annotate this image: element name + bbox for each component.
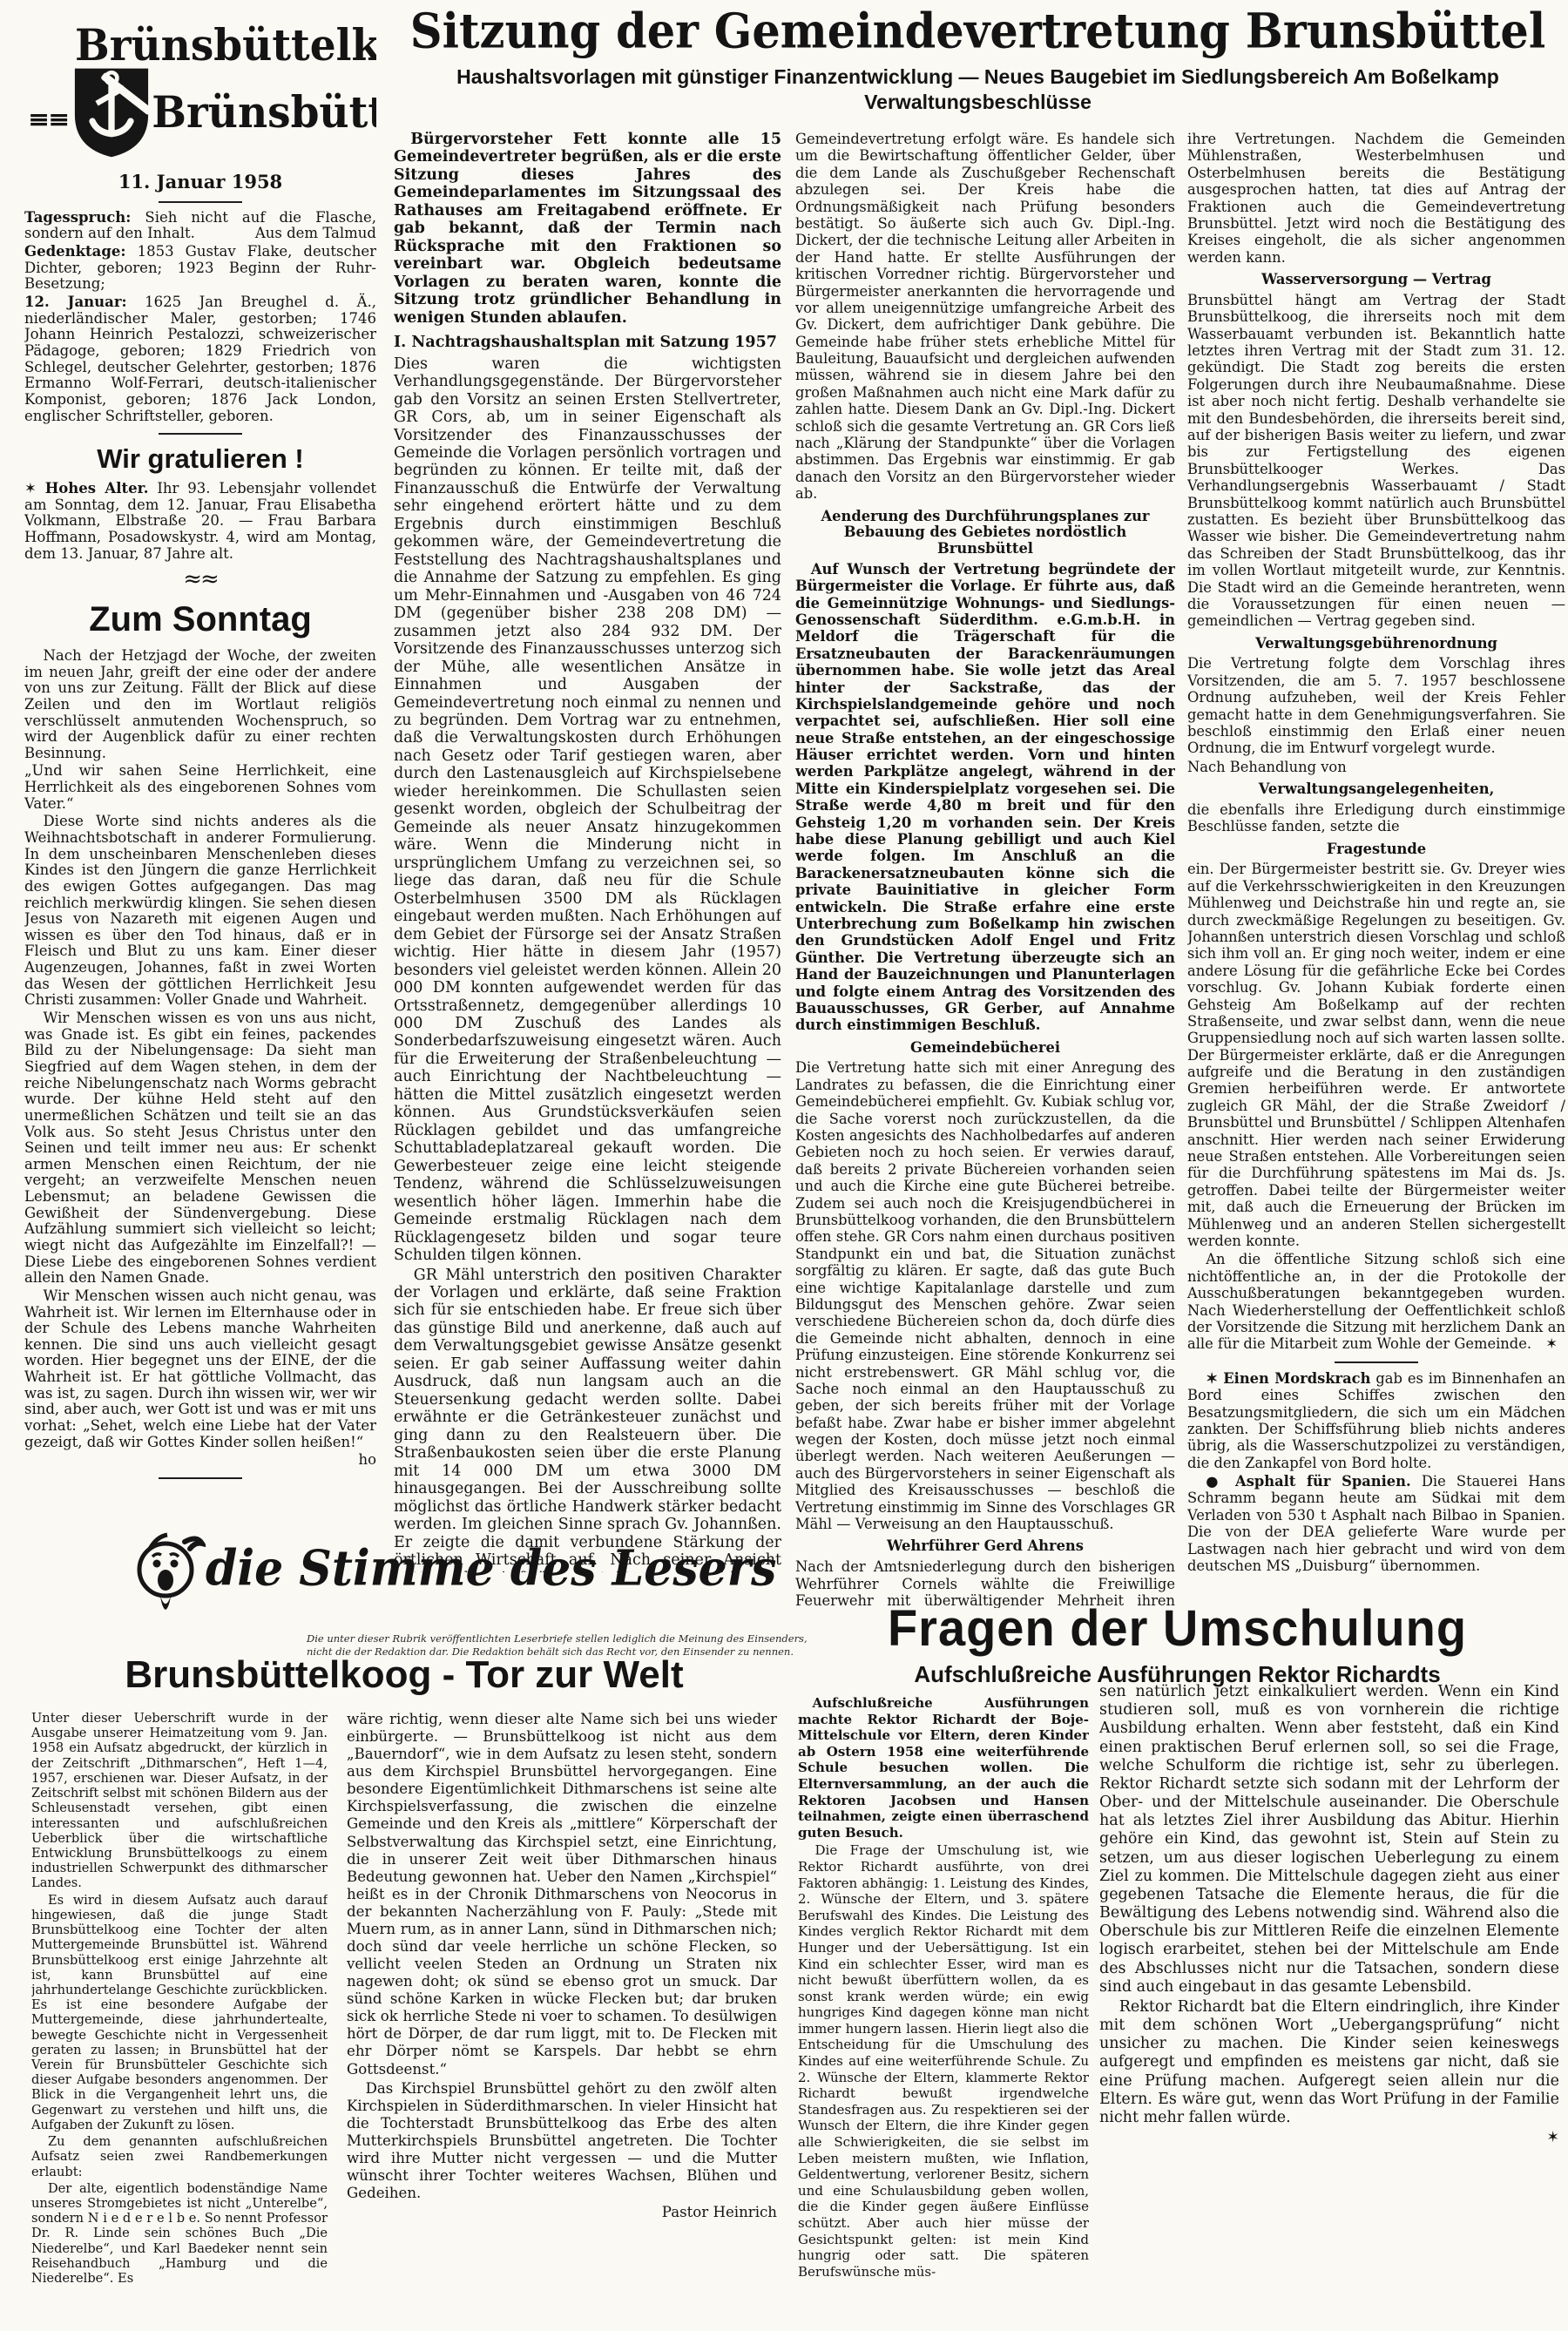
section-rule (159, 1477, 242, 1479)
article-paragraph: Rektor Richardt bat die Eltern eindringl… (1099, 1998, 1559, 2127)
section-rule (159, 433, 242, 435)
tagesspruch-source: Aus dem Talmud (255, 226, 376, 242)
article-paragraph: Es wird in diesem Aufsatz auch darauf hi… (31, 1893, 328, 2133)
gratulieren-item: ✶ Hohes Alter. Ihr 93. Lebensjahr vollen… (24, 481, 376, 562)
main-article-header: Sitzung der Gemeindevertretung Brunsbütt… (388, 0, 1568, 115)
stimme-rubric-header: die Stimme des Lesers (131, 1516, 697, 1620)
article-subheading: Verwaltungsangelegenheiten, (1187, 781, 1565, 798)
article-paragraph: Aufschlußreiche Ausführungen machte Rekt… (798, 1695, 1089, 1841)
gedenktage-label: Gedenktage: (24, 243, 126, 260)
tor-zur-welt-col1: Unter dieser Ueberschrift wurde in der A… (31, 1711, 328, 2324)
newspaper-page: Brünsbüttelkoog ≡≡ Brünsbüttel ≡≡ 11. Ja… (0, 0, 1568, 2331)
town-crest-icon (71, 65, 152, 159)
masthead-column: Brünsbüttelkoog ≡≡ Brünsbüttel ≡≡ 11. Ja… (24, 19, 376, 1500)
main-subhead-line1: Haushaltsvorlagen mit günstiger Finanzen… (388, 64, 1568, 90)
gratulieren-title: Wir gratulieren ! (24, 443, 376, 474)
paragraph-lead: ● Asphalt für Spanien. (1206, 1473, 1410, 1490)
article-paragraph: Wir Menschen wissen es von uns aus nicht… (24, 1010, 376, 1287)
umschulung-col1: Aufschlußreiche Ausführungen machte Rekt… (798, 1695, 1089, 2305)
article-subheading: Fragestunde (1187, 841, 1565, 858)
article-paragraph: ✶ Einen Mordskrach gab es im Binnenhafen… (1187, 1370, 1565, 1471)
sonntag-body: Nach der Hetzjagd der Woche, der zweiten… (24, 648, 376, 1469)
article-paragraph: Zu dem genannten aufschlußreichen Aufsat… (31, 2134, 328, 2179)
jan12-label: 12. Januar: (24, 294, 127, 310)
article-paragraph: Brunsbüttel hängt am Vertrag der Stadt B… (1187, 292, 1565, 630)
issue-date: 11. Januar 1958 (24, 172, 376, 193)
main-subhead-line2: Verwaltungsbeschlüsse (388, 90, 1568, 115)
article-subheading: Verwaltungsgebührenordnung (1187, 636, 1565, 652)
paragraph-lead: ✶ Einen Mordskrach (1206, 1370, 1370, 1387)
article-subheading: Gemeindebücherei (795, 1040, 1175, 1057)
signature: ho (24, 1452, 376, 1469)
article-paragraph: ein. Der Bürgermeister bestritt sie. Gv.… (1187, 861, 1565, 1249)
article-paragraph: Wir Menschen wissen auch nicht genau, wa… (24, 1288, 376, 1450)
main-article-col2: Gemeindevertretung erfolgt wäre. Es hand… (795, 131, 1175, 1608)
article-paragraph: Der alte, eigentlich bodenständige Name … (31, 2181, 328, 2287)
article-paragraph: Nach Behandlung von (1187, 759, 1565, 775)
section-rule (159, 201, 242, 203)
article-paragraph: Dies waren die wichtigsten Verhandlungsg… (394, 355, 781, 1265)
signature: Pastor Heinrich (347, 2204, 777, 2221)
section-rule (1335, 1361, 1418, 1363)
sonntag-title: Zum Sonntag (24, 600, 376, 639)
article-paragraph: ● Asphalt für Spanien. Die Stauerei Hans… (1187, 1473, 1565, 1574)
article-subheading: Wasserversorgung — Vertrag (1187, 272, 1565, 288)
article-paragraph: Die Vertretung folgte dem Vorschlag ihre… (1187, 655, 1565, 756)
masthead-row: ≡≡ Brünsbüttel ≡≡ (24, 65, 376, 159)
gedenktage: Gedenktage: 1853 Gustav Flake, deutscher… (24, 244, 376, 293)
article-paragraph: Unter dieser Ueberschrift wurde in der A… (31, 1711, 328, 1891)
article-paragraph: Die Frage der Umschulung ist, wie Rektor… (798, 1842, 1089, 2280)
article-subheading: Aenderung des Durchführungsplanes zur Be… (795, 509, 1175, 557)
tor-zur-welt-headline: Brunsbüttelkoog - Tor zur Welt (26, 1653, 782, 1697)
main-article-col1: Bürgervorsteher Fett konnte alle 15 Geme… (394, 131, 781, 1572)
article-paragraph: Auf Wunsch der Vertretung begründete der… (795, 561, 1175, 1034)
article-paragraph: Die Vertretung hatte sich mit einer Anre… (795, 1059, 1175, 1532)
squiggle-divider-icon: ≈≈ (24, 567, 376, 592)
gratulieren-lead: Hohes Alter. (45, 480, 149, 497)
article-paragraph: Nach der Hetzjagd der Woche, der zweiten… (24, 648, 376, 761)
tagesspruch: Tagesspruch: Sieh nicht auf die Flasche,… (24, 210, 376, 242)
main-headline: Sitzung der Gemeindevertretung Brunsbütt… (388, 3, 1568, 60)
tagesspruch-label: Tagesspruch: (24, 209, 131, 226)
umschulung-headline: Fragen der Umschulung (788, 1598, 1566, 1657)
jan12-entry: 12. Januar: 1625 Jan Breughel d. Ä., nie… (24, 294, 376, 424)
article-paragraph: Diese Worte sind nichts anderes als die … (24, 814, 376, 1009)
signature: ✶ (1099, 2129, 1559, 2147)
tor-zur-welt-col2: wäre richtig, wenn dieser alte Name sich… (347, 1711, 777, 2324)
article-paragraph: Bürgervorsteher Fett konnte alle 15 Geme… (394, 131, 781, 327)
article-paragraph: sen natürlich jetzt einkalkuliert werden… (1099, 1683, 1559, 1997)
article-paragraph: ihre Vertretungen. Nachdem die Gemeinden… (1187, 131, 1565, 266)
article-paragraph: An die öffentliche Sitzung schloß sich e… (1187, 1251, 1565, 1352)
masthead-title-line2: Brünsbüttel (152, 88, 376, 137)
jan12-text: 1625 Jan Breughel d. Ä., niederländische… (24, 294, 376, 423)
article-paragraph: Gemeindevertretung erfolgt wäre. Es hand… (795, 131, 1175, 503)
article-paragraph: Das Kirchspiel Brunsbüttel gehört zu den… (347, 2080, 777, 2203)
ribbon-left-icon: ≡≡ (28, 105, 68, 135)
article-subheading: Wehrführer Gerd Ahrens (795, 1538, 1175, 1555)
article-paragraph: die ebenfalls ihre Erledigung durch eins… (1187, 801, 1565, 835)
masthead-title-line1: Brünsbüttelkoog (75, 22, 376, 71)
article-paragraph: „Und wir sahen Seine Herrlichkeit, eine … (24, 763, 376, 812)
umschulung-col2: sen natürlich jetzt einkalkuliert werden… (1099, 1683, 1559, 2305)
star-icon: ✶ (24, 480, 37, 497)
article-subheading: I. Nachtragshaushaltsplan mit Satzung 19… (394, 334, 781, 351)
umschulung-header: Fragen der Umschulung Aufschlußreiche Au… (788, 1599, 1566, 1688)
stimme-rubric-title: die Stimme des Lesers (206, 1539, 776, 1597)
main-article-col3: ihre Vertretungen. Nachdem die Gemeinden… (1187, 131, 1565, 1599)
jester-face-icon (131, 1516, 206, 1620)
article-paragraph: wäre richtig, wenn dieser alte Name sich… (347, 1711, 777, 2078)
